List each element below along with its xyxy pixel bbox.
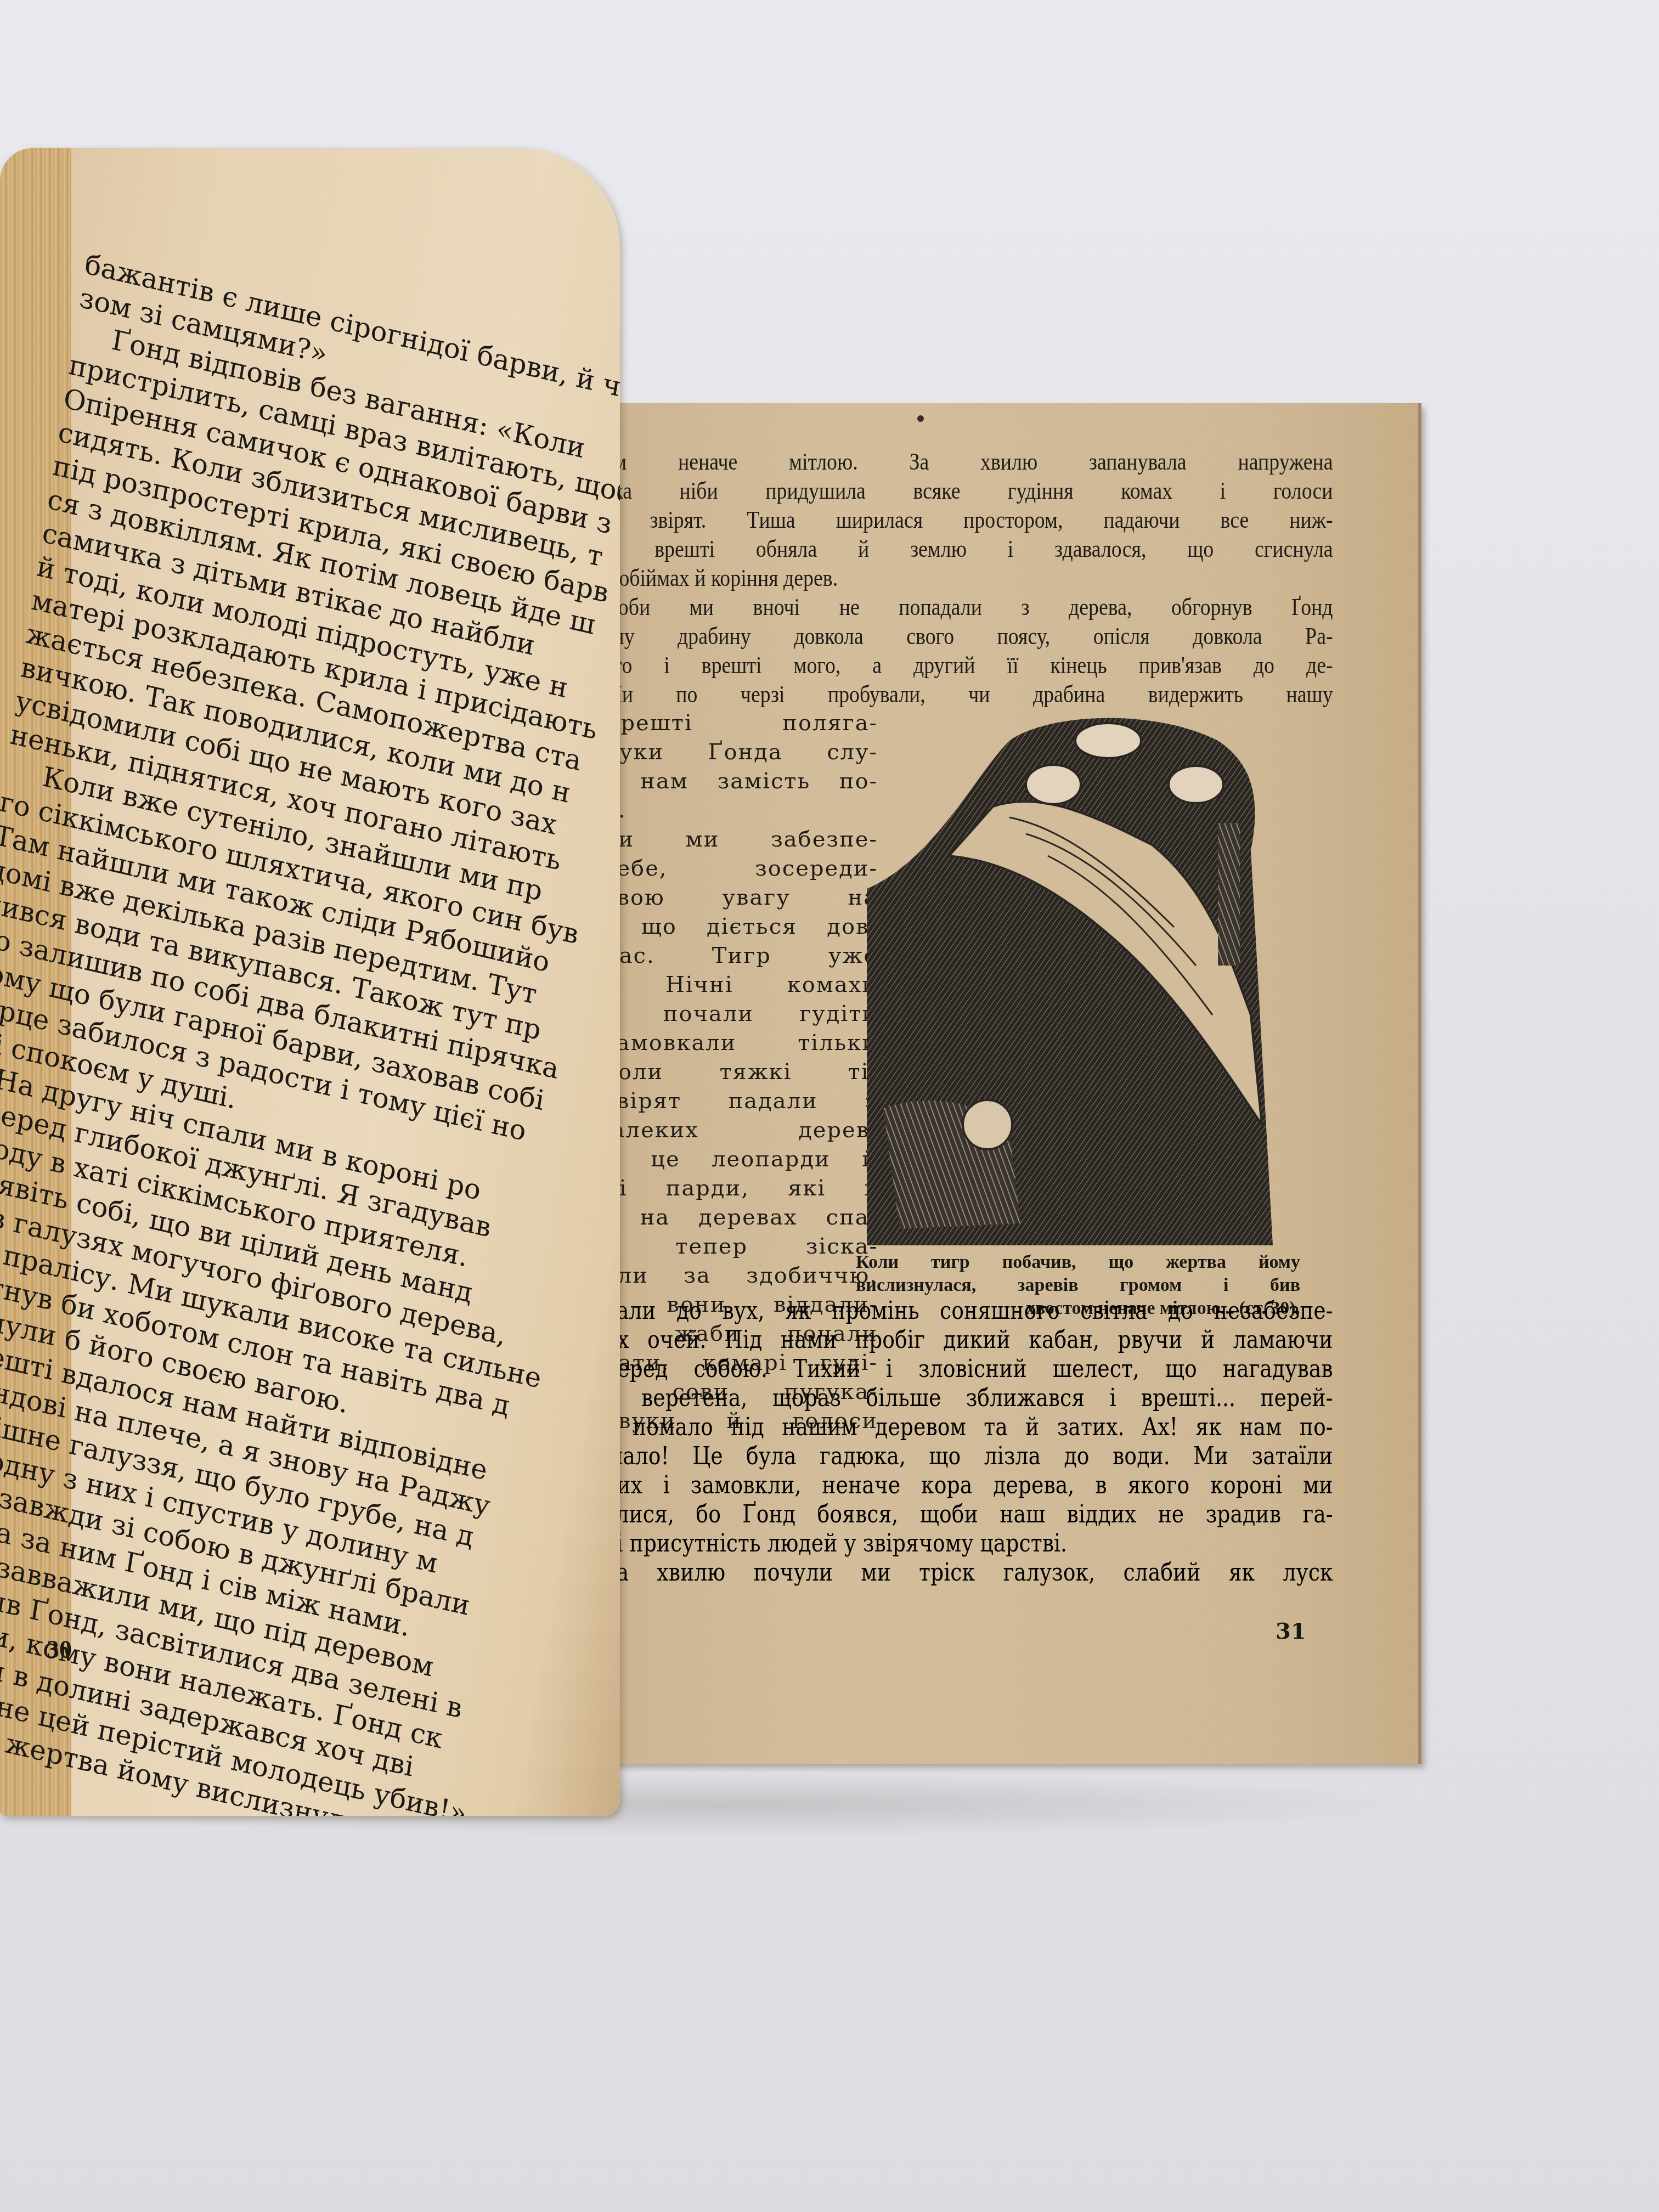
- text-line: Цоби ми вночі не попадали з дерева, обго…: [603, 592, 1333, 622]
- text-line: и це леопарди й: [603, 1145, 878, 1174]
- text-line: Ми по черзі пробували, чи драбина видерж…: [603, 680, 1333, 709]
- caption-line: Коли тигр побачив, що жертва йому: [856, 1251, 1300, 1274]
- caption-line: вислизнулася, заревів громом і бив: [856, 1274, 1300, 1297]
- tiger-illustration: [867, 708, 1278, 1245]
- text-line: цих і замовкли, неначе кора дерева, в як…: [603, 1471, 1333, 1500]
- text-line: х обіймах й коріння дерев.: [603, 563, 1333, 592]
- text-line: к врешті обняла й землю і здавалося, що …: [603, 534, 1333, 563]
- text-line: ом неначе мітлою. За хвилю запанувала на…: [603, 447, 1333, 476]
- text-line: .алеких дерев.: [603, 1116, 878, 1145]
- text-line: к веретена, щораз більше зближався і вре…: [603, 1384, 1333, 1413]
- page-number: 31: [1276, 1618, 1306, 1644]
- text-line: а тепер зіска-: [603, 1232, 878, 1261]
- page-number: 30: [47, 1635, 72, 1664]
- text-line: али за здобиччю.: [603, 1261, 878, 1290]
- text-line: , що діється дов-: [603, 912, 878, 941]
- left-page-text: бажантів є лише сірогнідої барви, й чозо…: [0, 247, 620, 1816]
- text-line: алися, бо Ґонд боявся, щоби наш віддих н…: [603, 1500, 1333, 1529]
- right-page: ом неначе мітлою. За хвилю запанувала на…: [582, 403, 1421, 1764]
- text-line: звірят падали з: [603, 1087, 878, 1116]
- text-line: ого і врешті мого, а другий її кінець пр…: [603, 651, 1333, 680]
- right-page-bottom-text: кали до вух, як промінь соняшного світла…: [603, 1296, 1333, 1587]
- text-line: нас. Тигр уже: [603, 941, 878, 970]
- text-line: : звірят. Тиша ширилася простором, падаю…: [603, 505, 1333, 534]
- text-line: яну драбину довкола свого поясу, опісля …: [603, 622, 1333, 651]
- ink-spot: [917, 415, 924, 422]
- text-line: з помало під нашим деревом та й затих. А…: [603, 1413, 1333, 1442]
- text-line: . Нічні комахи: [603, 970, 878, 1000]
- text-line: у почали гудіти: [603, 1000, 878, 1029]
- text-line: себе, зосереди-: [603, 854, 878, 883]
- text-line: Руки Ґонда слу-: [603, 738, 878, 767]
- text-line: коли тяжкі ті-: [603, 1058, 878, 1087]
- text-line: перед собою. Тихий і зловісний шелест, щ…: [603, 1355, 1333, 1384]
- text-line: ді присутність людей у звірячому царстві…: [603, 1529, 1333, 1558]
- text-line: кали до вух, як промінь соняшного світла…: [603, 1296, 1333, 1325]
- text-line: свою увагу на: [603, 883, 878, 912]
- text-line: , на деревах спа-: [603, 1203, 878, 1232]
- text-line: За хвилю почули ми тріск галузок, слабий…: [603, 1558, 1333, 1587]
- text-line: ли ми забезпе-: [603, 825, 878, 854]
- left-page: бажантів є лише сірогнідої барви, й чозо…: [0, 148, 620, 1816]
- text-line: ні парди, які в: [603, 1174, 878, 1203]
- text-line: і нам замість по-: [603, 767, 878, 796]
- text-line: Врешті поляга-: [603, 709, 878, 738]
- text-line: к.: [603, 796, 878, 825]
- text-line: яка ніби придушила всяке гудіння комах і…: [603, 476, 1333, 505]
- text-line: их очей. Під нами пробіг дикий кабан, рв…: [603, 1325, 1333, 1355]
- text-line: шало! Це була гадюка, що лізла до води. …: [603, 1442, 1333, 1471]
- text-line: замовкали тільки: [603, 1029, 878, 1058]
